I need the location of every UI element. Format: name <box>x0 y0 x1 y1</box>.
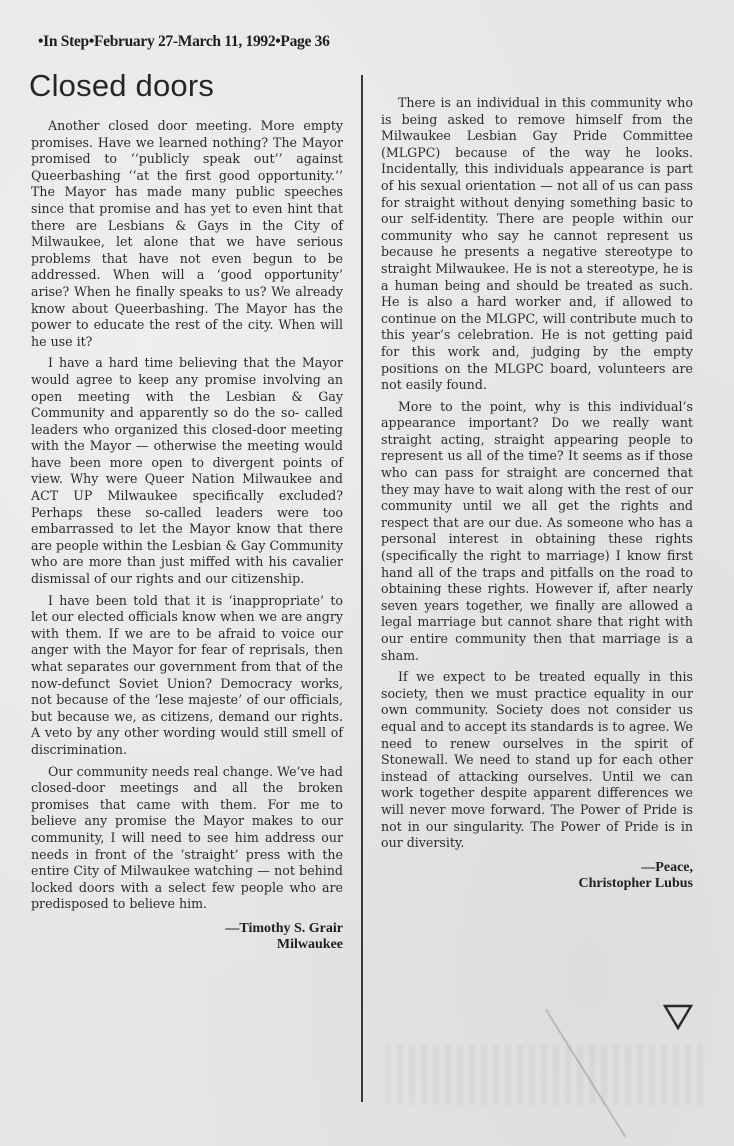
page-folio: •In Step•February 27-March 11, 1992•Page… <box>38 33 330 51</box>
column-divider <box>361 75 363 1102</box>
letter-paragraph: I have been told that it is ‘inappropria… <box>31 593 343 759</box>
bleed-through-text <box>385 1045 705 1105</box>
letter-paragraph: More to the point, why is this individua… <box>381 399 693 665</box>
letter-paragraph: There is an individual in this community… <box>381 95 693 394</box>
letter-paragraph: Another closed door meeting. More empty … <box>31 118 343 350</box>
letter-signature: —Peace, <box>381 860 693 876</box>
letter-christopher-lubus: There is an individual in this community… <box>381 95 693 892</box>
letter-paragraph: Our community needs real change. We’ve h… <box>31 764 343 913</box>
end-mark-triangle-icon <box>663 1003 693 1031</box>
letter-paragraph: I have a hard time believing that the Ma… <box>31 355 343 587</box>
letter-paragraph: If we expect to be treated equally in th… <box>381 669 693 852</box>
letter-location: Milwaukee <box>31 937 343 953</box>
page-title: Closed doors <box>29 68 214 104</box>
letter-author-name: Christopher Lubus <box>381 876 693 892</box>
letter-timothy-grair: Another closed door meeting. More empty … <box>31 118 343 953</box>
letter-signature: —Timothy S. Grair <box>31 921 343 937</box>
